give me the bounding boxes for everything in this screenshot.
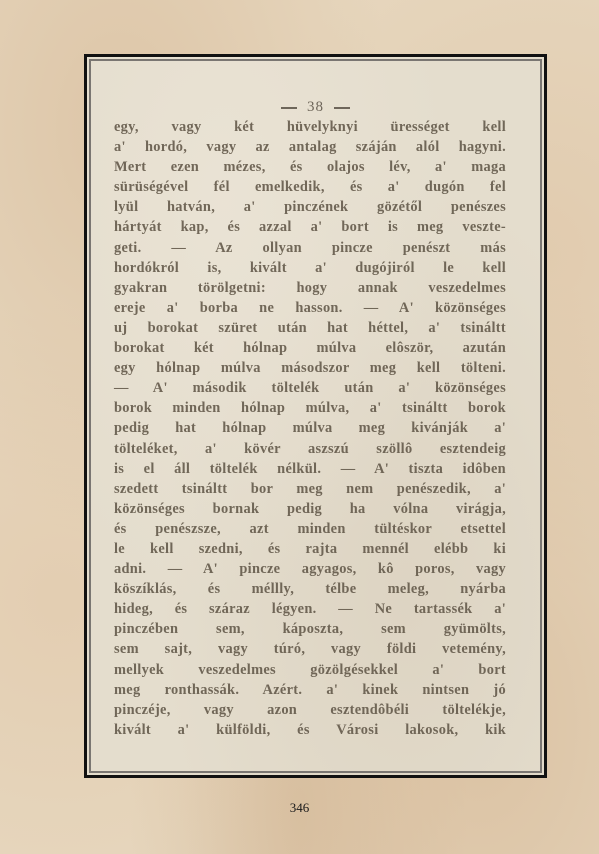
text-line: ereje a' borba ne hasson. — A' közönsége…	[114, 298, 506, 318]
text-line: le kell szedni, és rajta mennél elébb ki	[114, 539, 506, 559]
page-frame: 38 egy, vagy két hüvelyknyi ürességet ke…	[84, 54, 547, 778]
text-line: adni. — A' pincze agyagos, kô poros, vag…	[114, 559, 506, 579]
text-line: egy, vagy két hüvelyknyi ürességet kell	[114, 117, 506, 137]
text-line: pinczéje, vagy azon esztendôbéli töltelé…	[114, 700, 506, 720]
header-page-number: 38	[307, 99, 324, 115]
page-header: 38	[87, 99, 544, 116]
text-line: meg ronthassák. Azért. a' kinek nintsen …	[114, 680, 506, 700]
text-line: kivált a' külföldi, és Városi lakosok, k…	[114, 720, 506, 740]
text-line: a' hordó, vagy az antalag száján alól ha…	[114, 137, 506, 157]
text-line: geti. — Az ollyan pincze penészt más	[114, 238, 506, 258]
text-line: közönséges bornak pedig ha vólna virágja…	[114, 499, 506, 519]
text-line: szedett tsináltt bor meg nem penészedik,…	[114, 479, 506, 499]
text-line: gyakran törölgetni: hogy annak veszedelm…	[114, 278, 506, 298]
text-line: borokat két hólnap múlva elôször, azután	[114, 338, 506, 358]
text-line: egy hólnap múlva másodszor meg kell tölt…	[114, 358, 506, 378]
header-dash-right	[334, 107, 350, 109]
text-line: pedig hat hólnap múlva meg kivánják a'	[114, 418, 506, 438]
text-line: hideg, és száraz légyen. — Ne tartassék …	[114, 599, 506, 619]
text-line: is el áll töltelék nélkül. — A' tiszta i…	[114, 459, 506, 479]
text-line: uj borokat szüret után hat héttel, a' ts…	[114, 318, 506, 338]
text-line: lyül hatván, a' pinczének gözétől penész…	[114, 197, 506, 217]
text-line: és penészsze, azt minden tültéskor etset…	[114, 519, 506, 539]
text-line: hordókról is, kivált a' dugójiról le kel…	[114, 258, 506, 278]
text-line: tölteléket, a' kövér aszszú szöllô eszte…	[114, 439, 506, 459]
text-line: borok minden hólnap múlva, a' tsináltt b…	[114, 398, 506, 418]
text-line: sem sajt, vagy túró, vagy földi vetemény…	[114, 639, 506, 659]
header-dash-left	[281, 107, 297, 109]
text-line: mellyek veszedelmes gözölgésekkel a' bor…	[114, 660, 506, 680]
text-line: pinczében sem, káposzta, sem gyümölts,	[114, 619, 506, 639]
text-line: hártyát kap, és azzal a' bort is meg ves…	[114, 217, 506, 237]
page-text: egy, vagy két hüvelyknyi ürességet kell …	[114, 117, 506, 740]
text-line: — A' második töltelék után a' közönséges	[114, 378, 506, 398]
text-line: sürüségével fél emelkedik, és a' dugón f…	[114, 177, 506, 197]
folio-page-number: 346	[0, 800, 599, 816]
text-line: Mert ezen mézes, és olajos lév, a' maga	[114, 157, 506, 177]
text-line: köszíklás, és méllly, télbe meleg, nyárb…	[114, 579, 506, 599]
